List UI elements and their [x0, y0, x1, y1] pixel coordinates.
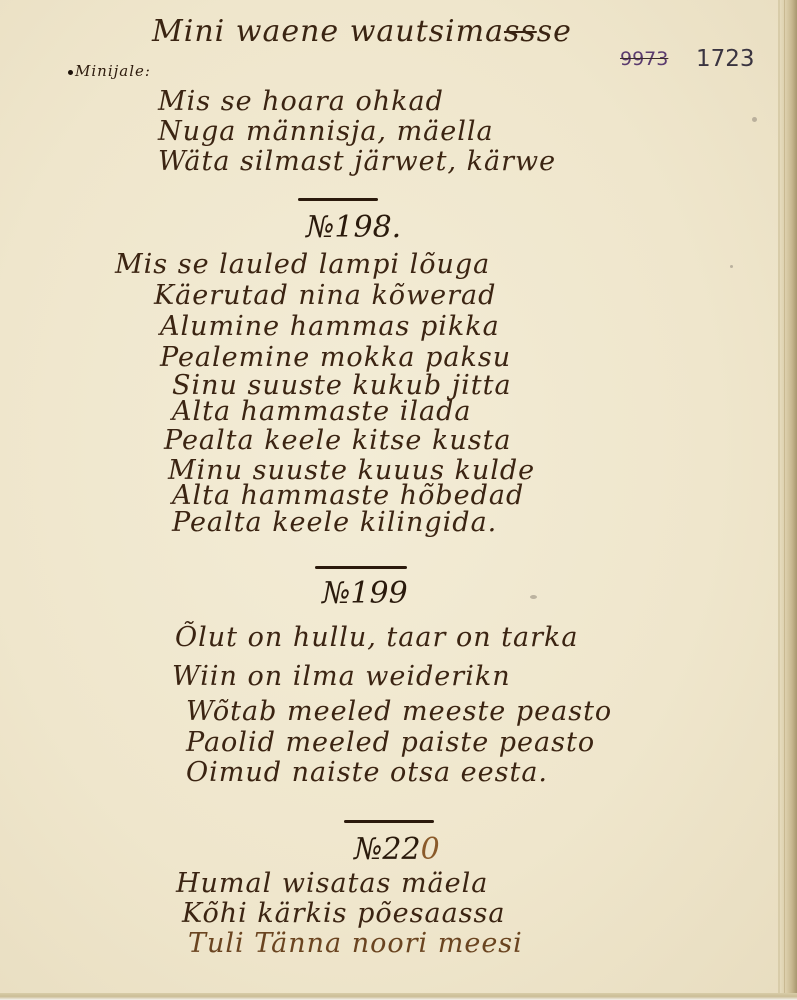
archive-number-struck: 9973: [620, 48, 668, 70]
page-edge-bottom: [0, 993, 797, 1000]
verse-line: Wõtab meeled meeste peasto: [186, 696, 612, 728]
verse-line: Pealta keele kitse kusta: [164, 425, 512, 457]
verse-line: Pealta keele kilingida.: [172, 507, 497, 539]
ink-spot: [730, 265, 733, 268]
ink-spot: [530, 595, 537, 599]
verse-line: Humal wisatas mäela: [176, 868, 488, 900]
verse-line: Õlut on hullu, taar on tarka: [175, 622, 579, 654]
song-number-220: №220: [354, 832, 440, 867]
verse-line: Alumine hammas pikka: [160, 311, 500, 343]
verse-line: Wiin on ilma weiderikn: [172, 661, 511, 693]
song-number-base: №22: [354, 832, 421, 867]
page-edge-right: [780, 0, 797, 1000]
verse-line: Nuga männisja, mäella: [158, 116, 494, 148]
song-number-199: №199: [322, 576, 408, 611]
title-main: Mini waene wautsima: [152, 14, 504, 49]
verse-line: Tuli Tänna noori meesi: [188, 928, 523, 960]
verse-line: Käerutad nina kõwerad: [154, 280, 496, 312]
section-divider: [344, 820, 434, 823]
verse-line: Alta hammaste ilada: [172, 396, 471, 428]
page-title: Mini waene wautsimassse: [152, 14, 572, 49]
song-number-correction: 0: [421, 832, 440, 867]
speaker-label: Minijale:: [68, 62, 151, 80]
title-struck-letters: ss: [504, 14, 537, 49]
ink-spot: [752, 117, 757, 122]
verse-line: Mis se lauled lampi lõuga: [115, 249, 490, 281]
verse-line: Wäta silmast järwet, kärwe: [158, 146, 556, 178]
verse-line: Kõhi kärkis põesaassa: [182, 898, 505, 930]
verse-line: Oimud naiste otsa eesta.: [186, 757, 548, 789]
song-number-198: №198.: [306, 210, 401, 245]
verse-line: Paolid meeled paiste peasto: [186, 727, 595, 759]
section-divider: [298, 198, 378, 201]
archive-number: 1723: [696, 46, 755, 72]
title-tail: se: [537, 14, 572, 49]
section-divider: [315, 566, 407, 569]
verse-line: Mis se hoara ohkad: [158, 86, 444, 118]
